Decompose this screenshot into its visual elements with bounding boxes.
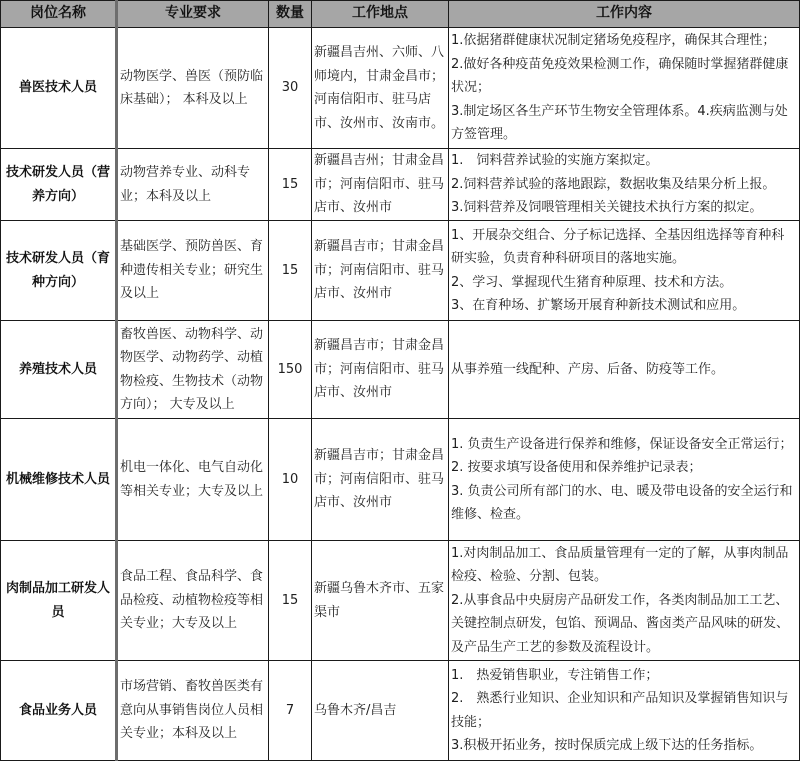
duty-item: 1. 饲料营养试验的实施方案拟定。	[451, 149, 797, 173]
duty-item: 1.对肉制品加工、食品质量管理有一定的了解，从事肉制品检疫、检验、分割、包装。	[451, 542, 797, 589]
table-body: 兽医技术人员 动物医学、兽医（预防临床基础）； 本科及以上 30 新疆昌吉州、六…	[1, 28, 800, 761]
major-requirement: 基础医学、预防兽医、育种遗传相关专业；研究生及以上	[117, 221, 269, 321]
major-requirement: 食品工程、食品科学、食品检疫、动植物检疫等相关专业；大专及以上	[117, 541, 269, 661]
table-row: 技术研发人员（营养方向） 动物营养专业、动科专业；本科及以上 15 新疆昌吉州；…	[1, 149, 800, 221]
headcount: 30	[269, 28, 312, 149]
major-requirement: 畜牧兽医、动物科学、动物医学、动物药学、动植物检疫、生物技术（动物方向）； 大专…	[117, 321, 269, 419]
job-content: 1. 热爱销售职业，专注销售工作； 2. 熟悉行业知识、企业知识和产品知识及掌握…	[449, 661, 800, 761]
headcount: 15	[269, 221, 312, 321]
job-content: 1.对肉制品加工、食品质量管理有一定的了解，从事肉制品检疫、检验、分割、包装。 …	[449, 541, 800, 661]
duty-item: 2、学习、掌握现代生猪育种原理、技术和方法。	[451, 271, 797, 295]
job-content: 1.依据猪群健康状况制定猪场免疫程序，确保其合理性； 2.做好各种疫苗免疫效果检…	[449, 28, 800, 149]
work-location: 乌鲁木齐/昌吉	[312, 661, 449, 761]
job-content: 从事养殖一线配种、产房、后备、防疫等工作。	[449, 321, 800, 419]
duty-item: 1. 热爱销售职业，专注销售工作；	[451, 664, 797, 688]
position-name: 兽医技术人员	[1, 28, 117, 149]
job-content: 1、开展杂交组合、分子标记选择、全基因组选择等育种科研实验，负责育种科研项目的落…	[449, 221, 800, 321]
duty-item: 3.积极开拓业务，按时保质完成上级下达的任务指标。	[451, 734, 797, 758]
duty-item: 2.从事食品中央厨房产品研发工作，各类肉制品加工工艺、关键控制点研发，包馅、预调…	[451, 589, 797, 660]
job-content: 1. 饲料营养试验的实施方案拟定。 2.饲料营养试验的落地跟踪，数据收集及结果分…	[449, 149, 800, 221]
position-name: 技术研发人员（营养方向）	[1, 149, 117, 221]
work-location: 新疆昌吉市；甘肃金昌市；河南信阳市、驻马店市、汝州市	[312, 221, 449, 321]
table-row: 养殖技术人员 畜牧兽医、动物科学、动物医学、动物药学、动植物检疫、生物技术（动物…	[1, 321, 800, 419]
duty-item: 2. 按要求填写设备使用和保养维护记录表；	[451, 456, 797, 480]
headcount: 15	[269, 541, 312, 661]
job-content: 1. 负责生产设备进行保养和维修，保证设备安全正常运行； 2. 按要求填写设备使…	[449, 419, 800, 541]
position-name: 食品业务人员	[1, 661, 117, 761]
table-row: 兽医技术人员 动物医学、兽医（预防临床基础）； 本科及以上 30 新疆昌吉州、六…	[1, 28, 800, 149]
major-requirement: 动物营养专业、动科专业；本科及以上	[117, 149, 269, 221]
header-job-content: 工作内容	[449, 1, 800, 28]
major-requirement: 动物医学、兽医（预防临床基础）； 本科及以上	[117, 28, 269, 149]
duty-item: 3. 负责公司所有部门的水、电、暖及带电设备的安全运行和维修、检查。	[451, 480, 797, 527]
position-name: 技术研发人员（育种方向）	[1, 221, 117, 321]
header-work-location: 工作地点	[312, 1, 449, 28]
work-location: 新疆昌吉州；甘肃金昌市；河南信阳市、驻马店市、汝州市	[312, 149, 449, 221]
headcount: 7	[269, 661, 312, 761]
table-row: 肉制品加工研发人员 食品工程、食品科学、食品检疫、动植物检疫等相关专业；大专及以…	[1, 541, 800, 661]
duty-item: 1.依据猪群健康状况制定猪场免疫程序，确保其合理性；	[451, 29, 797, 53]
position-name: 肉制品加工研发人员	[1, 541, 117, 661]
header-count: 数量	[269, 1, 312, 28]
work-location: 新疆乌鲁木齐市、五家渠市	[312, 541, 449, 661]
position-name: 养殖技术人员	[1, 321, 117, 419]
duty-item: 1、开展杂交组合、分子标记选择、全基因组选择等育种科研实验，负责育种科研项目的落…	[451, 224, 797, 271]
table-row: 食品业务人员 市场营销、畜牧兽医类有意向从事销售岗位人员相关专业；本科及以上 7…	[1, 661, 800, 761]
table-row: 技术研发人员（育种方向） 基础医学、预防兽医、育种遗传相关专业；研究生及以上 1…	[1, 221, 800, 321]
duty-item: 3、在育种场、扩繁场开展育种新技术测试和应用。	[451, 294, 797, 318]
job-openings-table: 岗位名称 专业要求 数量 工作地点 工作内容 兽医技术人员 动物医学、兽医（预防…	[0, 0, 800, 761]
work-location: 新疆昌吉市；甘肃金昌市；河南信阳市、驻马店市、汝州市	[312, 321, 449, 419]
headcount: 10	[269, 419, 312, 541]
duty-item: 2.饲料营养试验的落地跟踪，数据收集及结果分析上报。	[451, 173, 797, 197]
position-name: 机械维修技术人员	[1, 419, 117, 541]
headcount: 15	[269, 149, 312, 221]
header-major-requirement: 专业要求	[117, 1, 269, 28]
duty-item: 3.饲料营养及饲喂管理相关关键技术执行方案的拟定。	[451, 196, 797, 220]
duty-item: 从事养殖一线配种、产房、后备、防疫等工作。	[451, 358, 797, 382]
work-location: 新疆昌吉州、六师、八师境内，甘肃金昌市；河南信阳市、驻马店市、汝州市、汝南市。	[312, 28, 449, 149]
duty-item: 2.做好各种疫苗免疫效果检测工作，确保随时掌握猪群健康状况；	[451, 53, 797, 100]
headcount: 150	[269, 321, 312, 419]
work-location: 新疆昌吉市；甘肃金昌市；河南信阳市、驻马店市、汝州市	[312, 419, 449, 541]
duty-item: 2. 熟悉行业知识、企业知识和产品知识及掌握销售知识与技能；	[451, 687, 797, 734]
major-requirement: 市场营销、畜牧兽医类有意向从事销售岗位人员相关专业；本科及以上	[117, 661, 269, 761]
header-position-name: 岗位名称	[1, 1, 117, 28]
table-header-row: 岗位名称 专业要求 数量 工作地点 工作内容	[1, 1, 800, 28]
duty-item: 1. 负责生产设备进行保养和维修，保证设备安全正常运行；	[451, 433, 797, 457]
major-requirement: 机电一体化、电气自动化等相关专业；大专及以上	[117, 419, 269, 541]
duty-item: 3.制定场区各生产环节生物安全管理体系。4.疾病监测与处方签管理。	[451, 100, 797, 147]
table-row: 机械维修技术人员 机电一体化、电气自动化等相关专业；大专及以上 10 新疆昌吉市…	[1, 419, 800, 541]
